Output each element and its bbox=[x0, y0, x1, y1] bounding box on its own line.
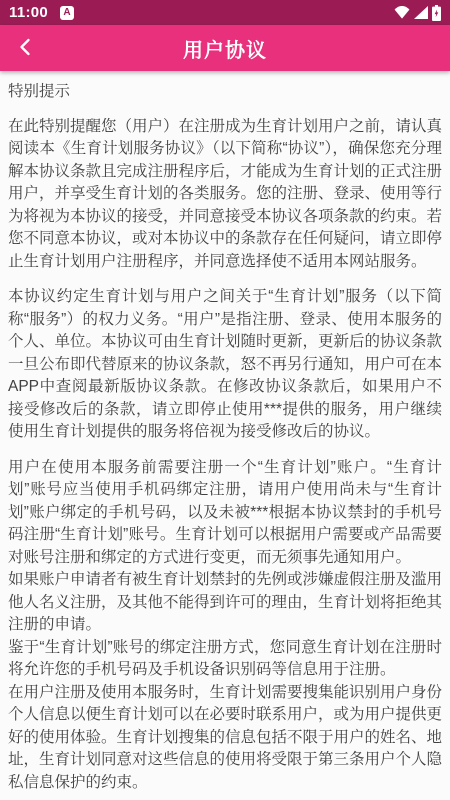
phone-screen: 11:00 A bbox=[0, 0, 450, 800]
chevron-left-icon bbox=[14, 35, 38, 62]
agreement-paragraph-3-part-1: 用户在使用本服务前需要注册一个“生育计划”账户。“生育计划”账号应当使用手机码绑… bbox=[8, 457, 442, 570]
clock: 11:00 bbox=[9, 4, 48, 21]
back-button[interactable] bbox=[8, 30, 44, 66]
status-bar: 11:00 A bbox=[0, 0, 450, 25]
battery-charging-icon bbox=[432, 5, 441, 21]
agreement-heading: 特别提示 bbox=[8, 81, 442, 104]
agreement-paragraph-2: 本协议约定生育计划与用户之间关于“生育计划”服务（以下简称“服务”）的权力义务。… bbox=[8, 286, 442, 444]
app-bar: 用户协议 bbox=[0, 25, 450, 71]
agreement-scroll-area[interactable]: 特别提示 在此特别提醒您（用户）在注册成为生育计划用户之前，请认真阅读本《生育计… bbox=[0, 71, 450, 800]
agreement-paragraph-3-part-4: 在用户注册及使用本服务时，生育计划需要搜集能识别用户身份个人信息以便生育计划可以… bbox=[8, 682, 442, 795]
cellular-signal-icon bbox=[414, 6, 428, 19]
wifi-icon bbox=[394, 6, 410, 19]
agreement-paragraph-1: 在此特别提醒您（用户）在注册成为生育计划用户之前，请认真阅读本《生育计划服务协议… bbox=[8, 116, 442, 274]
agreement-paragraph-3: 用户在使用本服务前需要注册一个“生育计划”账户。“生育计划”账号应当使用手机码绑… bbox=[8, 457, 442, 795]
agreement-paragraph-3-part-3: 鉴于“生育计划”账号的绑定注册方式，您同意生育计划在注册时将允许您的手机号码及手… bbox=[8, 637, 442, 682]
notification-app-icon: A bbox=[60, 6, 74, 20]
status-icons bbox=[394, 5, 441, 21]
agreement-paragraph-3-part-2: 如果账户申请者有被生育计划禁封的先例或涉嫌虚假注册及滥用他人名义注册，及其他不能… bbox=[8, 569, 442, 637]
page-title: 用户协议 bbox=[183, 34, 267, 63]
